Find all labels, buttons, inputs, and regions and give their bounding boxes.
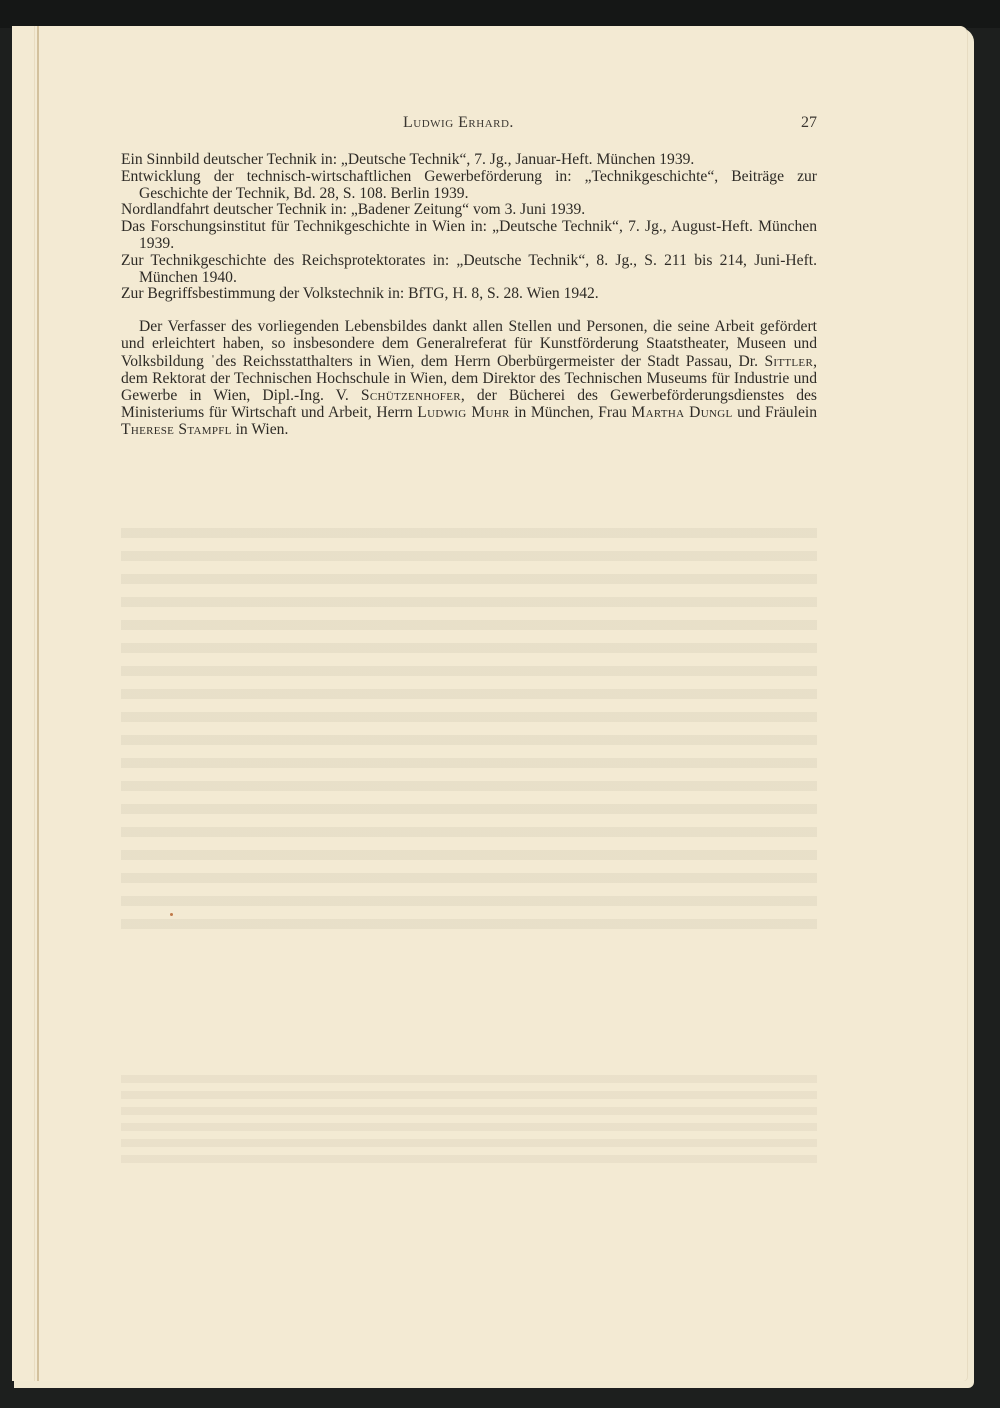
ack-text: und Fräulein xyxy=(733,404,818,421)
page-number: 27 xyxy=(801,114,817,132)
page-content: Ludwig Erhard. 27 Ein Sinnbild deutscher… xyxy=(121,100,817,454)
person-name: Schützenhofer xyxy=(361,387,461,404)
scan-backdrop xyxy=(0,0,1000,28)
ack-text: Der Verfasser des vorliegenden Lebensbil… xyxy=(121,318,817,369)
bibliography-entry: Zur Technikgeschichte des Reichsprotekto… xyxy=(121,253,817,287)
ack-text: in Wien. xyxy=(232,421,289,438)
bibliography-entry: Nordlandfahrt deutscher Technik in: „Bad… xyxy=(121,202,817,219)
running-head-title: Ludwig Erhard. xyxy=(403,114,514,132)
page-binding-edge xyxy=(37,26,39,1381)
bibliography-entry: Das Forschungsinstitut für Technikgeschi… xyxy=(121,219,817,253)
bibliography-entry: Zur Begriffsbestimmung der Volkstechnik … xyxy=(121,286,817,303)
bibliography-entry: Ein Sinnbild deutscher Technik in: „Deut… xyxy=(121,152,817,169)
running-head: Ludwig Erhard. 27 xyxy=(121,100,817,130)
acknowledgement-paragraph: Der Verfasser des vorliegenden Lebensbil… xyxy=(121,318,817,438)
ack-text: in München, Frau xyxy=(510,404,632,421)
person-name: Therese Stampfl xyxy=(121,421,232,438)
page-fold-line xyxy=(34,26,35,1381)
person-name: Sittler xyxy=(764,353,813,370)
paper-speck xyxy=(170,913,173,916)
person-name: Ludwig Muhr xyxy=(417,404,509,421)
person-name: Martha Dungl xyxy=(631,404,732,421)
bibliography-entry: Entwicklung der technisch-wirtschaftlich… xyxy=(121,169,817,203)
bibliography-list: Ein Sinnbild deutscher Technik in: „Deut… xyxy=(121,152,817,303)
